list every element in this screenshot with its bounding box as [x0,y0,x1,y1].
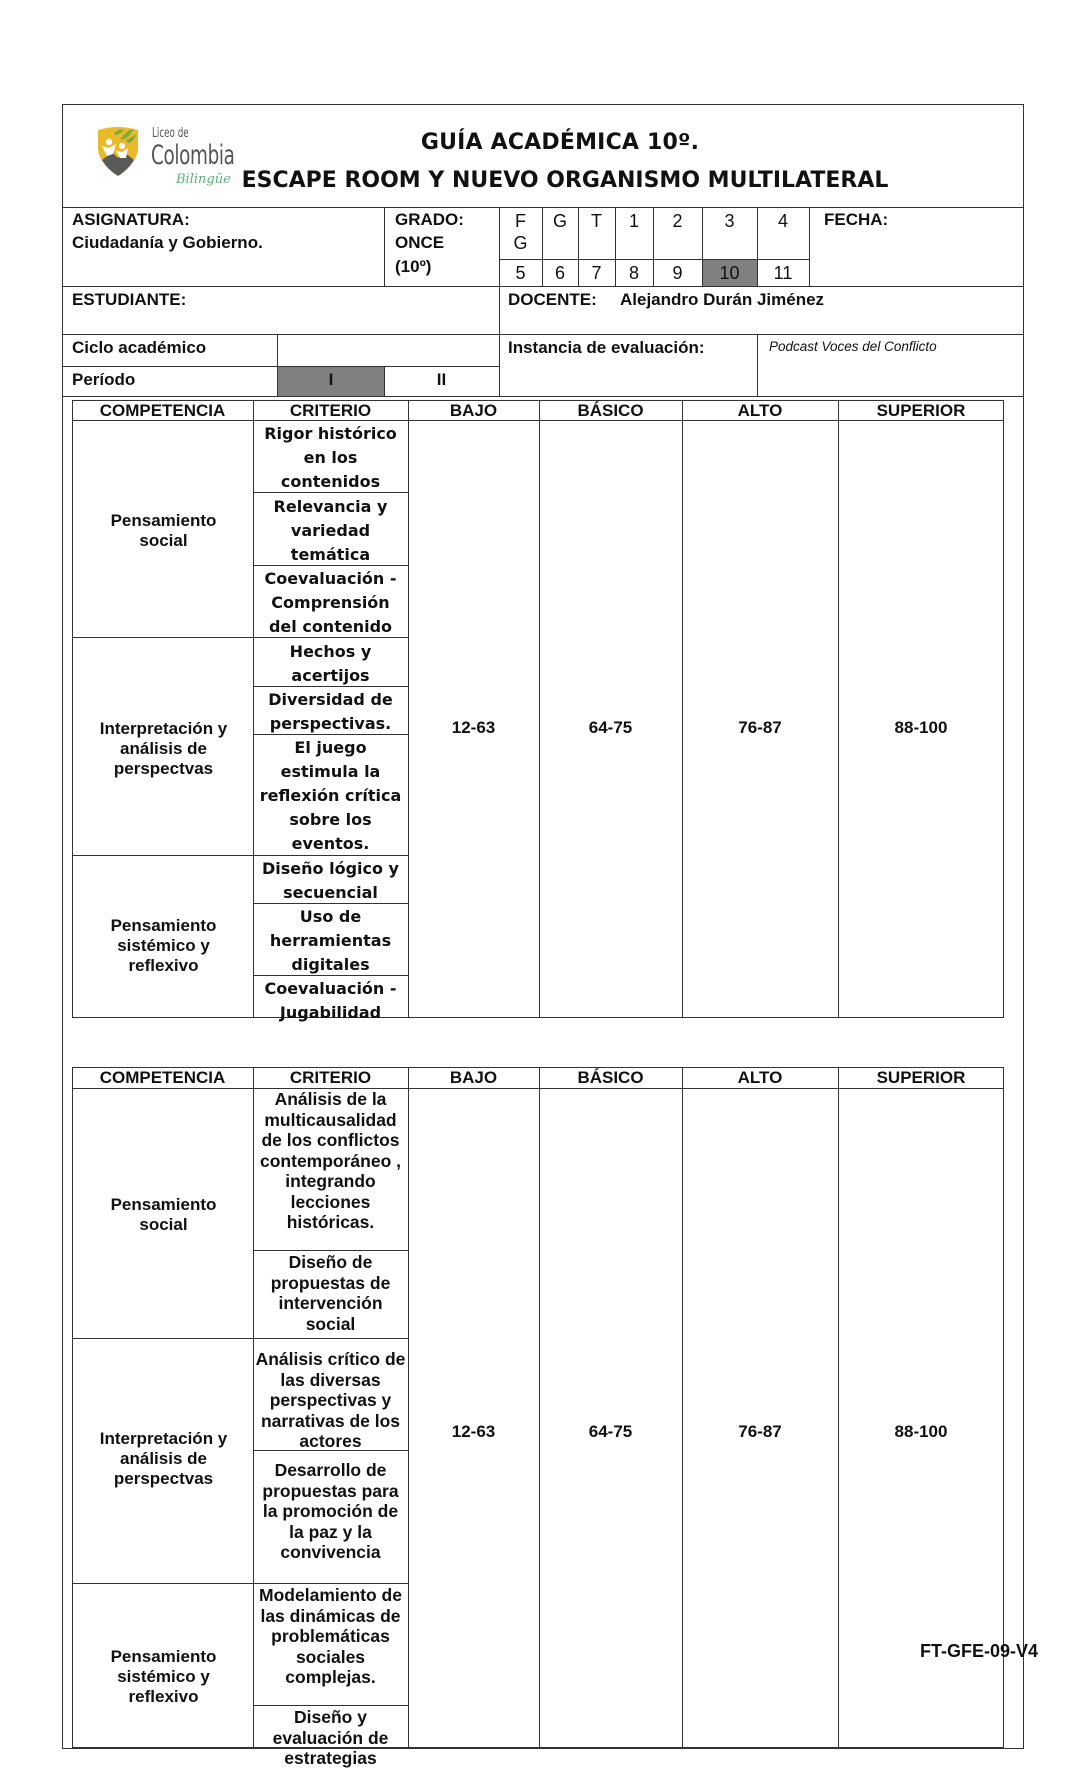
grade-cell-3[interactable]: 3 [702,210,757,232]
criterio-cell: Modelamiento de las dinámicas de problem… [253,1585,408,1688]
criterio-cell: Uso de herramientas digitales [253,905,408,977]
score-alto: 76-87 [682,1422,838,1442]
instancia-label: Instancia de evaluación: [508,338,705,358]
criterio-cell: Desarrollo de propuestas para la promoci… [253,1460,408,1563]
header-basico: BÁSICO [539,401,682,421]
grade-cell-9[interactable]: 9 [653,262,702,284]
periodo-option-ii[interactable]: II [384,370,499,390]
instancia-value: Podcast Voces del Conflicto [769,337,937,357]
logo-text-bilingue: Bilingüe [176,172,231,187]
divider [384,207,385,286]
score-bajo: 12-63 [408,718,539,738]
docente-value: Alejandro Durán Jiménez [620,290,824,310]
grado-value: ONCE [395,233,444,253]
estudiante-label: ESTUDIANTE: [72,290,186,310]
header-competencia: COMPETENCIA [72,401,253,421]
criterio-cell: Coevaluación - Jugabilidad [253,977,408,1025]
school-shield-logo-icon [96,124,140,178]
header-competencia: COMPETENCIA [72,1068,253,1088]
logo-text-colombia: Colombia [151,140,235,171]
header-basico: BÁSICO [539,1068,682,1088]
grade-cell-11[interactable]: 11 [757,262,809,284]
divider [62,334,1024,335]
header-criterio: CRITERIO [253,401,408,421]
criterio-cell: Coevaluación - Comprensión del contenido [253,567,408,639]
header-superior: SUPERIOR [838,401,1004,421]
criterio-cell: Relevancia y variedad temática [253,495,408,567]
asignatura-label: ASIGNATURA: [72,210,190,230]
grado-label: GRADO: [395,210,464,230]
competencia-cell: Pensamiento social [86,511,241,551]
docente-label: DOCENTE: [508,290,597,310]
grade-cell-g[interactable]: G [542,210,578,232]
grade-cell-8[interactable]: 8 [615,262,653,284]
header-bajo: BAJO [408,1068,539,1088]
grade-cell-6[interactable]: 6 [542,262,578,284]
divider [62,396,1024,397]
competencia-cell: Pensamiento sistémico y reflexivo [86,916,241,976]
periodo-option-i[interactable]: I [278,370,384,390]
header-bajo: BAJO [408,401,539,421]
grade-cell-10[interactable]: 10 [702,262,757,284]
criterio-cell: Diseño de propuestas de intervención soc… [253,1252,408,1334]
score-superior: 88-100 [838,718,1004,738]
divider [757,334,758,396]
criterio-cell: Diversidad de perspectivas. [253,688,408,736]
header-alto: ALTO [682,401,838,421]
divider [62,207,1024,208]
divider [809,207,810,286]
school-logo: Liceo de Colombia Bilingüe [96,122,236,192]
criterio-cell: Hechos y acertijos [253,640,408,688]
periodo-label: Período [72,370,135,390]
grade-cell-fg[interactable]: F G [499,210,542,254]
grade-cell-1[interactable]: 1 [615,210,653,232]
header-superior: SUPERIOR [838,1068,1004,1088]
asignatura-value: Ciudadanía y Gobierno. [72,233,263,253]
fecha-label: FECHA: [824,210,888,230]
score-bajo: 12-63 [408,1422,539,1442]
criterio-cell: Análisis de la multicausalidad de los co… [253,1089,408,1233]
competencia-cell: Pensamiento social [86,1195,241,1235]
criterio-cell: Diseño y evaluación de estrategias [253,1707,408,1769]
criterio-cell: Diseño lógico y secuencial [253,857,408,905]
criterio-cell: Rigor histórico en los contenidos [253,422,408,494]
logo-text-liceo: Liceo de [152,126,189,141]
competencia-cell: Pensamiento sistémico y reflexivo [86,1647,241,1707]
score-basico: 64-75 [539,718,682,738]
document-subtitle: ESCAPE ROOM Y NUEVO ORGANISMO MULTILATER… [235,168,895,193]
divider [499,259,809,260]
ciclo-label: Ciclo académico [72,338,206,358]
document-title: GUÍA ACADÉMICA 10º. [330,130,790,155]
header-alto: ALTO [682,1068,838,1088]
grade-cell-7[interactable]: 7 [578,262,615,284]
header-criterio: CRITERIO [253,1068,408,1088]
score-basico: 64-75 [539,1422,682,1442]
grade-cell-2[interactable]: 2 [653,210,702,232]
score-superior: 88-100 [838,1422,1004,1442]
divider [62,286,1024,287]
competencia-cell: Interpretación y análisis de perspectvas [86,1429,241,1489]
criterio-cell: Análisis crítico de las diversas perspec… [253,1349,408,1452]
grado-value-number: (10º) [395,257,431,277]
document-code: FT-GFE-09-V4 [920,1641,1038,1662]
competencia-cell: Interpretación y análisis de perspectvas [86,719,241,779]
criterio-cell: El juego estimula la reflexión crítica s… [253,736,408,856]
grade-cell-5[interactable]: 5 [499,262,542,284]
grade-cell-t[interactable]: T [578,210,615,232]
score-alto: 76-87 [682,718,838,738]
grade-cell-4[interactable]: 4 [757,210,809,232]
